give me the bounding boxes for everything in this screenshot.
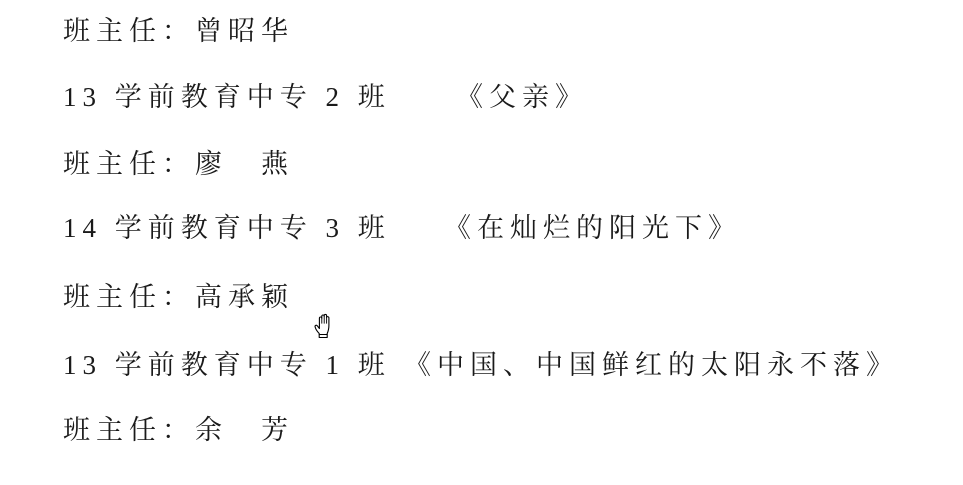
teacher-line-3: 班主任：高承颖 — [63, 283, 294, 312]
class-line-3-title: 《中国、中国鲜红的太阳永不落》 — [404, 351, 899, 380]
class-line-2-name: 14 学前教育中专 3 班 — [63, 214, 391, 243]
document-page: 班主任：曾昭华 13 学前教育中专 2 班 《父亲》 班主任：廖 燕 14 学前… — [0, 0, 963, 485]
class-line-3-name: 13 学前教育中专 1 班 — [63, 351, 391, 380]
class-line-2-title: 《在灿烂的阳光下》 — [444, 214, 741, 243]
teacher-line-4: 班主任：余 芳 — [63, 416, 294, 445]
hand-cursor-icon — [312, 311, 336, 339]
class-line-1-name: 13 学前教育中专 2 班 — [63, 83, 391, 112]
teacher-line-2: 班主任：廖 燕 — [63, 150, 294, 179]
teacher-line-1: 班主任：曾昭华 — [63, 17, 294, 46]
class-line-1-title: 《父亲》 — [456, 83, 588, 112]
